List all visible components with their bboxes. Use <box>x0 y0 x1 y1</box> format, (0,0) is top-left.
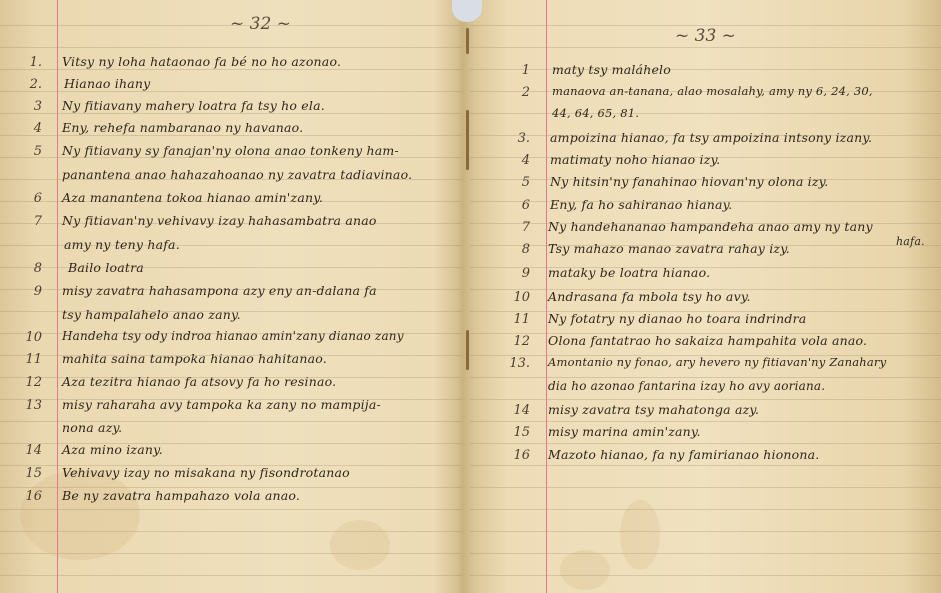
entry-line: matimaty noho hianao izy. <box>550 152 720 167</box>
entry-number: 5 <box>500 175 530 190</box>
entry-line: Andrasana fa mbola tsy ho avy. <box>548 289 751 304</box>
entry-line: Tsy mahazo manao zavatra rahay izy. <box>548 241 790 256</box>
entry-line: maty tsy maláhelo <box>552 62 671 77</box>
entry-line: Aza manantena tokoa hianao amin'zany. <box>62 190 323 205</box>
margin-line <box>57 0 58 593</box>
entry-number: 4 <box>500 153 530 168</box>
entry-line: Be ny zavatra hampahazo vola anao. <box>62 488 300 503</box>
entry-number: 9 <box>500 266 530 281</box>
entry-line: mahita saina tampoka hianao hahitanao. <box>62 351 327 366</box>
entry-number: 14 <box>500 403 530 418</box>
entry-number: 2 <box>500 85 530 100</box>
binding-stitch <box>466 110 469 170</box>
entry-line: panantena anao hahazahoanao ny zavatra t… <box>62 167 412 182</box>
entry-line: Eny, rehefa nambaranao ny havanao. <box>62 120 303 135</box>
left-page: ~ 32 ~ 1. Vitsy ny loha hataonao fa bé n… <box>0 0 462 593</box>
entry-line: mataky be loatra hianao. <box>548 265 710 280</box>
entry-line: Ny fitiavany sy fanajan'ny olona anao to… <box>62 143 399 158</box>
entry-line: Ny hitsin'ny fanahinao hiovan'ny olona i… <box>550 174 828 189</box>
entry-number: 5 <box>20 144 42 159</box>
entry-number: 13. <box>500 356 530 371</box>
entry-number: 14 <box>20 443 42 458</box>
entry-line: Eny, fa ho sahiranao hianay. <box>550 197 732 212</box>
entry-line: ampoizina hianao, fa tsy ampoizina intso… <box>550 130 872 145</box>
paper-stain <box>20 470 140 560</box>
entry-number: 12 <box>500 334 530 349</box>
binding-stitch <box>466 330 469 370</box>
entry-number: 4 <box>20 121 42 136</box>
entry-number: 16 <box>500 448 530 463</box>
entry-number: 15 <box>20 466 42 481</box>
entry-number: 7 <box>500 220 530 235</box>
entry-number: 10 <box>20 330 42 345</box>
margin-line <box>546 0 547 593</box>
notebook-spread: ~ 32 ~ 1. Vitsy ny loha hataonao fa bé n… <box>0 0 941 593</box>
entry-line: Amontanio ny fonao, ary hevero ny fitiav… <box>548 355 886 369</box>
entry-number: 6 <box>20 191 42 206</box>
entry-line: misy marina amin'zany. <box>548 424 701 439</box>
entry-line: Ny fotatry ny dianao ho toara indrindra <box>548 311 806 326</box>
right-page: ~ 33 ~ 1 maty tsy maláhelo 2 manaova an-… <box>470 0 941 593</box>
entry-line: Aza tezitra hianao fa atsovy fa ho resin… <box>62 374 336 389</box>
binding-stitch <box>466 28 469 54</box>
entry-number: 3. <box>500 131 530 146</box>
entry-line: Olona fantatrao ho sakaiza hampahita vol… <box>548 333 867 348</box>
entry-number: 7 <box>20 214 42 229</box>
page-number: ~ 32 ~ <box>230 14 291 34</box>
entry-annotation: hafa. <box>896 235 925 248</box>
paper-stain <box>620 500 660 570</box>
entry-line: Hianao ihany <box>64 76 150 91</box>
entry-line: Handeha tsy ody indroa hianao amin'zany … <box>62 329 404 343</box>
entry-line: manaova an-tanana, alao mosalahy, amy ny… <box>552 84 873 98</box>
entry-number: 8 <box>20 261 42 276</box>
page-number: ~ 33 ~ <box>675 26 736 46</box>
entry-line: Vehivavy izay no misakana ny fisondrotan… <box>62 465 350 480</box>
entry-line: dia ho azonao fantarina izay ho avy aori… <box>548 379 825 393</box>
entry-line: 44, 64, 65, 81. <box>552 106 639 120</box>
entry-number: 1 <box>500 63 530 78</box>
entry-line: Aza mino izany. <box>62 442 163 457</box>
paper-stain <box>560 550 610 590</box>
entry-line: nona azy. <box>62 420 122 435</box>
entry-number: 3 <box>20 99 42 114</box>
entry-line: misy zavatra hahasampona azy eny an-dala… <box>62 283 377 298</box>
entry-number: 13 <box>20 398 42 413</box>
entry-line: tsy hampalahelo anao zany. <box>62 307 241 322</box>
entry-number: 12 <box>20 375 42 390</box>
entry-line: Vitsy ny loha hataonao fa bé no ho azona… <box>62 54 341 69</box>
entry-line: misy zavatra tsy mahatonga azy. <box>548 402 759 417</box>
entry-number: 11 <box>500 312 530 327</box>
entry-number: 16 <box>20 489 42 504</box>
paper-stain <box>330 520 390 570</box>
entry-number: 1. <box>20 55 42 70</box>
entry-line: Mazoto hianao, fa ny famirianao hionona. <box>548 447 819 462</box>
entry-number: 10 <box>500 290 530 305</box>
entry-line: Ny fitiavany mahery loatra fa tsy ho ela… <box>62 98 325 113</box>
entry-line: amy ny teny hafa. <box>64 237 180 252</box>
entry-number: 2. <box>20 77 42 92</box>
entry-line: Ny fitiavan'ny vehivavy izay hahasambatr… <box>62 213 377 228</box>
entry-line: misy raharaha avy tampoka ka zany no mam… <box>62 397 381 412</box>
entry-number: 11 <box>20 352 42 367</box>
entry-number: 8 <box>500 242 530 257</box>
entry-number: 9 <box>20 284 42 299</box>
entry-line: Ny handehananao hampandeha anao amy ny t… <box>548 219 873 234</box>
entry-line: Bailo loatra <box>68 260 144 275</box>
entry-number: 6 <box>500 198 530 213</box>
entry-number: 15 <box>500 425 530 440</box>
